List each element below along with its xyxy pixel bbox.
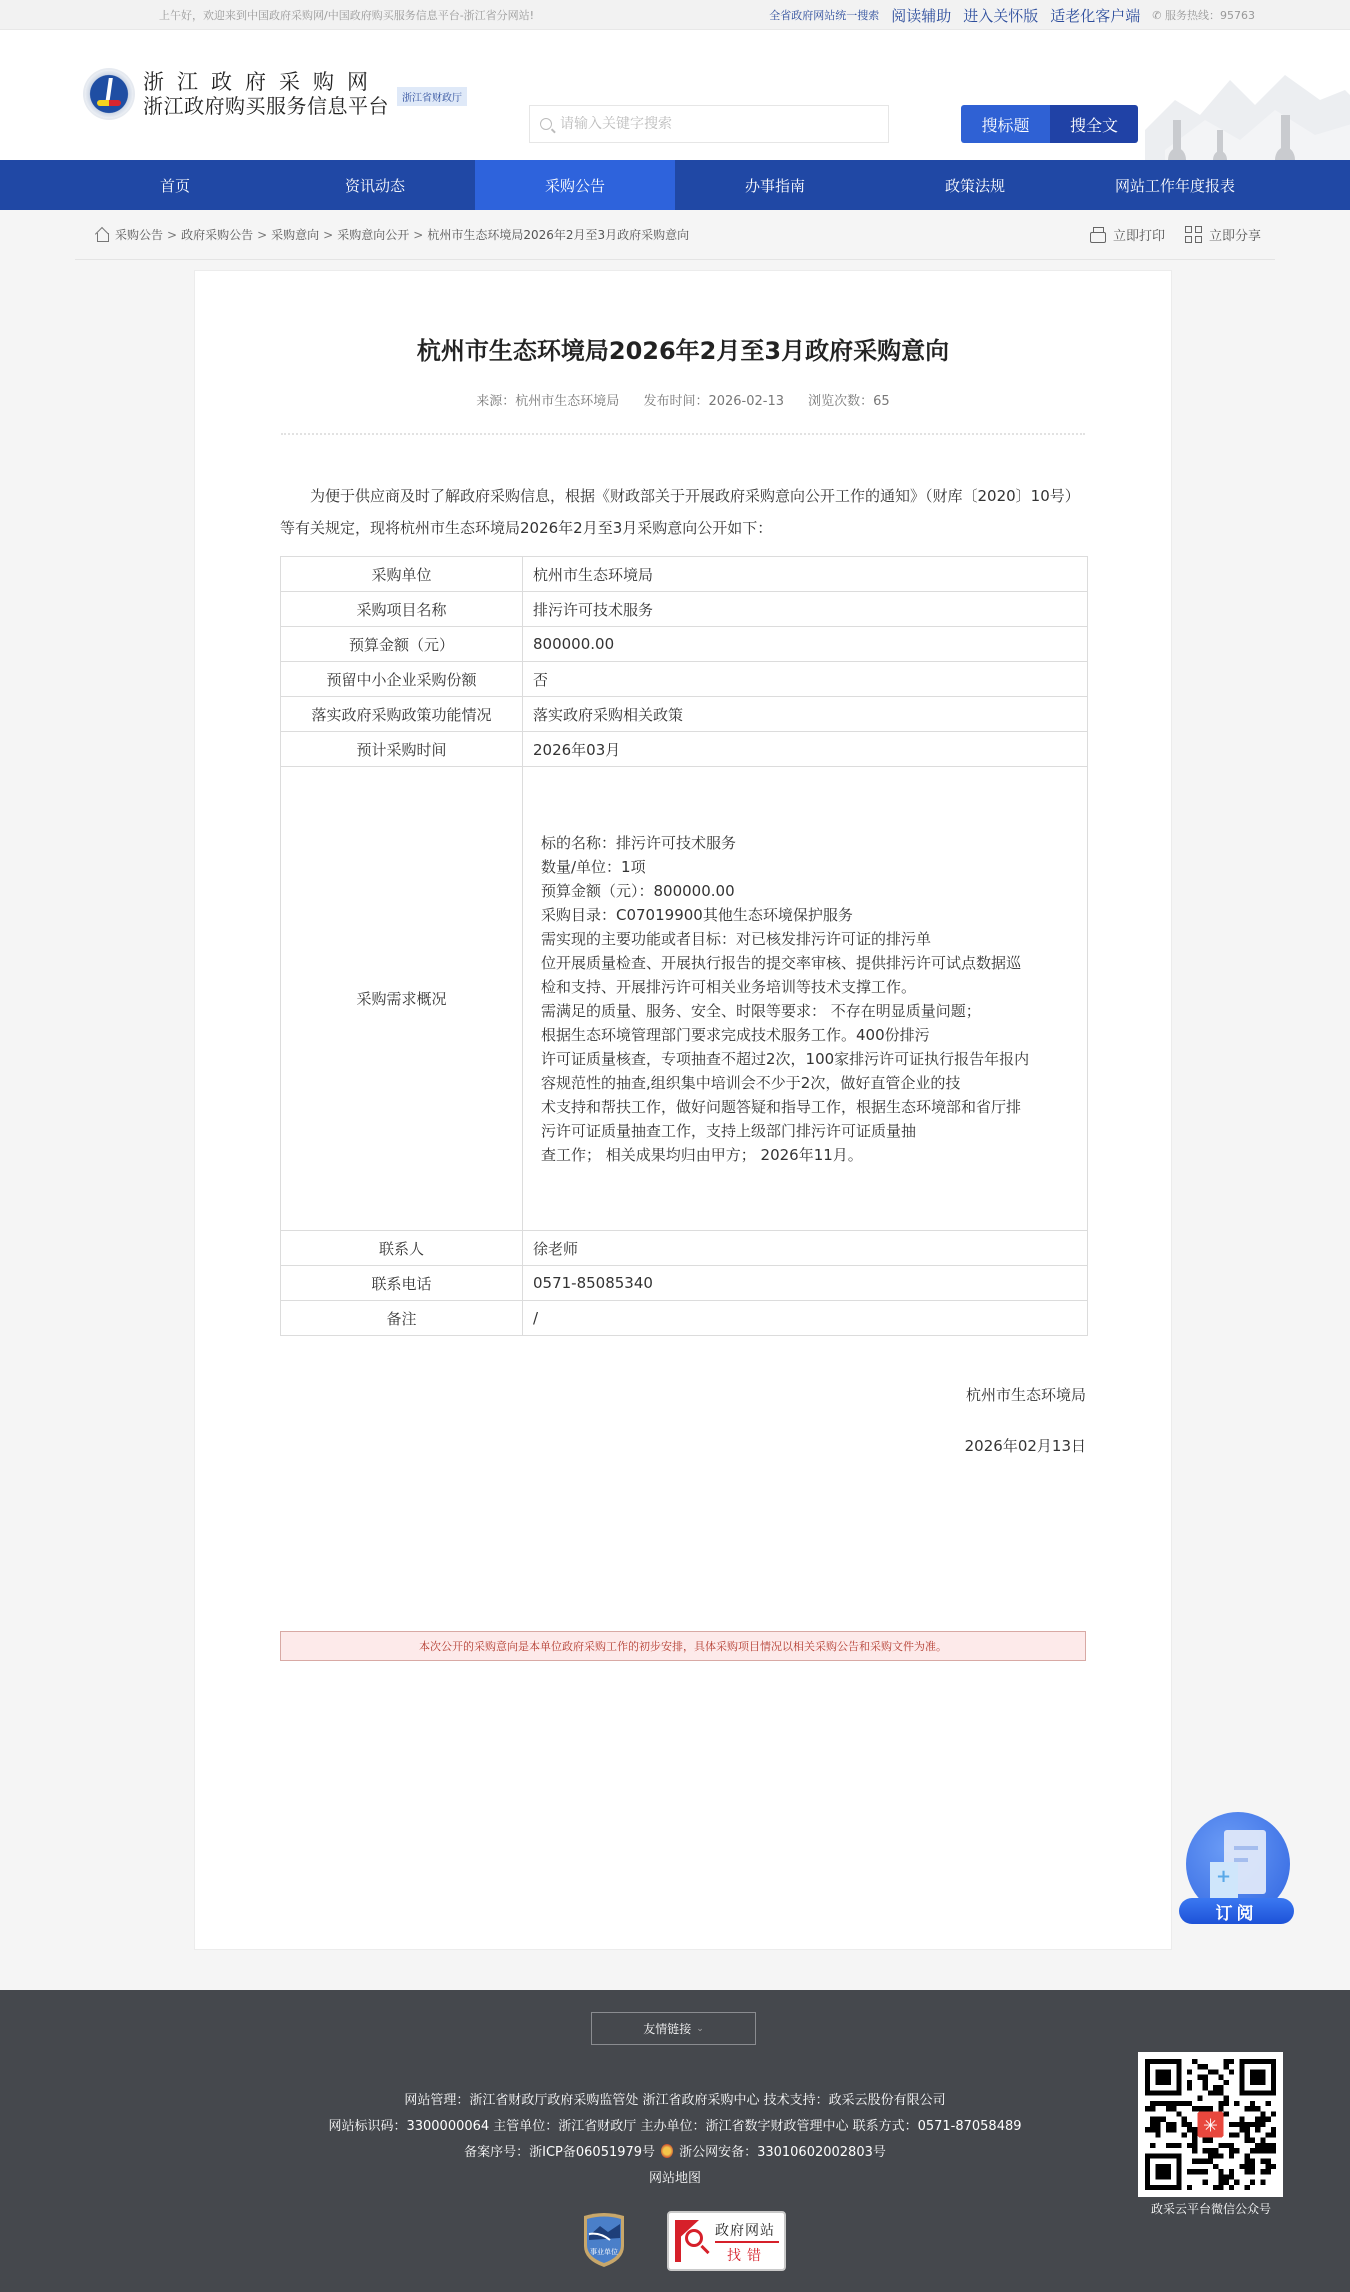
print-button[interactable]: 立即打印 — [1089, 225, 1165, 244]
site-name: 浙江政府采购网 — [143, 70, 389, 94]
svg-text:✳: ✳ — [1203, 2115, 1218, 2136]
disclaimer-notice: 本次公开的采购意向是本单位政府采购工作的初步安排，具体采购项目情况以相关采购公告… — [280, 1631, 1086, 1661]
procurement-table: 采购单位杭州市生态环境局采购项目名称排污许可技术服务预算金额（元）800000.… — [280, 556, 1088, 1336]
field-label: 预算金额（元） — [281, 627, 523, 662]
field-label: 预计采购时间 — [281, 732, 523, 767]
plus-icon: + — [1216, 1866, 1231, 1887]
main-nav: 首页 资讯动态 采购公告 办事指南 政策法规 网站工作年度报表 — [0, 160, 1350, 210]
police-record-link[interactable]: 浙公网安备：33010602002803号 — [679, 2145, 886, 2160]
divider — [281, 433, 1085, 435]
field-label: 落实政府采购政策功能情况 — [281, 697, 523, 732]
search-icon — [540, 118, 552, 130]
nav-news[interactable]: 资讯动态 — [275, 160, 475, 210]
article-publish-date: 发布时间：2026-02-13 — [643, 394, 784, 409]
site-footer: 友情链接⌄ 网站管理：浙江省财政厅政府采购监管处 浙江省政府采购中心 技术支持：… — [0, 1990, 1350, 2292]
site-subname: 浙江政府购买服务信息平台 — [143, 94, 389, 118]
site-header: 浙江政府采购网 浙江政府购买服务信息平台 浙江省财政厅 搜标题 搜全文 — [0, 30, 1350, 160]
reading-assist-link[interactable]: 阅读辅助 — [891, 5, 951, 26]
field-value: 排污许可技术服务 — [523, 592, 1088, 627]
search-title-button[interactable]: 搜标题 — [961, 105, 1050, 143]
field-label: 联系电话 — [281, 1266, 523, 1301]
nav-home[interactable]: 首页 — [75, 160, 275, 210]
field-label: 备注 — [281, 1301, 523, 1336]
unified-search-link[interactable]: 全省政府网站统一搜索 — [769, 7, 879, 23]
field-value: 徐老师 — [523, 1231, 1088, 1266]
police-badge-icon — [661, 2144, 673, 2158]
magnifier-icon — [685, 2229, 703, 2247]
field-label: 采购需求概况 — [281, 767, 523, 1231]
top-bar: 上午好，欢迎来到中国政府采购网/中国政府购买服务信息平台-浙江省分网站! 全省政… — [0, 0, 1350, 30]
field-value: 标的名称：排污许可技术服务数量/单位：1项预算金额（元）：800000.00采购… — [523, 767, 1088, 1231]
breadcrumb-item[interactable]: 采购意向公开 — [337, 226, 409, 243]
dept-badge: 浙江省财政厅 — [397, 87, 467, 106]
elderly-client-link[interactable]: 适老化客户端 — [1050, 5, 1140, 26]
top-links: 全省政府网站统一搜索 阅读辅助 进入关怀版 适老化客户端 ✆ 服务热线：9576… — [769, 5, 1255, 26]
chevron-down-icon: ⌄ — [696, 2024, 704, 2034]
emblem-icon — [85, 70, 133, 118]
field-value: 落实政府采购相关政策 — [523, 697, 1088, 732]
svg-text:事业单位: 事业单位 — [590, 2247, 618, 2256]
breadcrumb-current: 杭州市生态环境局2026年2月至3月政府采购意向 — [427, 226, 689, 243]
nav-annual-report[interactable]: 网站工作年度报表 — [1075, 160, 1275, 210]
table-row: 预算金额（元）800000.00 — [281, 627, 1088, 662]
institution-badge[interactable]: 事业单位 — [580, 2210, 628, 2268]
breadcrumb-item[interactable]: 采购公告 — [115, 226, 163, 243]
article-source: 来源：杭州市生态环境局 — [476, 394, 619, 409]
phone-icon: ✆ — [1152, 9, 1165, 22]
table-row: 预计采购时间2026年03月 — [281, 732, 1088, 767]
table-row: 备注/ — [281, 1301, 1088, 1336]
table-row: 联系人徐老师 — [281, 1231, 1088, 1266]
qrcode-caption: 政采云平台微信公众号 — [1128, 2200, 1294, 2217]
sitemap-link[interactable]: 网站地图 — [649, 2171, 701, 2186]
qrcode-icon — [1185, 226, 1203, 244]
table-row: 采购单位杭州市生态环境局 — [281, 557, 1088, 592]
breadcrumb-item[interactable]: 采购意向 — [271, 226, 319, 243]
signature-org: 杭州市生态环境局 — [195, 1384, 1086, 1405]
field-value: 0571-85085340 — [523, 1266, 1088, 1301]
field-label: 联系人 — [281, 1231, 523, 1266]
breadcrumb-bar: 采购公告> 政府采购公告> 采购意向> 采购意向公开> 杭州市生态环境局2026… — [75, 210, 1275, 260]
article-view-count: 浏览次数：65 — [808, 394, 890, 409]
care-version-link[interactable]: 进入关怀版 — [963, 5, 1038, 26]
welcome-text: 上午好，欢迎来到中国政府采购网/中国政府购买服务信息平台-浙江省分网站! — [159, 7, 534, 23]
printer-icon — [1089, 226, 1107, 244]
nav-guide[interactable]: 办事指南 — [675, 160, 875, 210]
breadcrumb-item[interactable]: 政府采购公告 — [181, 226, 253, 243]
requirements-text: 标的名称：排污许可技术服务数量/单位：1项预算金额（元）：800000.00采购… — [541, 831, 1067, 1167]
field-value: 否 — [523, 662, 1088, 697]
friend-links-dropdown[interactable]: 友情链接⌄ — [591, 2012, 756, 2045]
table-row: 联系电话0571-85085340 — [281, 1266, 1088, 1301]
table-row: 采购项目名称排污许可技术服务 — [281, 592, 1088, 627]
field-value: 800000.00 — [523, 627, 1088, 662]
wechat-qrcode: ✳ — [1138, 2052, 1283, 2197]
subscribe-button[interactable]: + 订阅 — [1178, 1808, 1296, 1926]
signature-date: 2026年02月13日 — [195, 1435, 1086, 1456]
table-row: 采购需求概况标的名称：排污许可技术服务数量/单位：1项预算金额（元）：80000… — [281, 767, 1088, 1231]
nav-policy[interactable]: 政策法规 — [875, 160, 1075, 210]
subscribe-label: 订阅 — [1179, 1898, 1294, 1924]
search-box — [529, 105, 889, 143]
site-logo[interactable]: 浙江政府采购网 浙江政府购买服务信息平台 浙江省财政厅 — [85, 70, 467, 118]
table-row: 落实政府采购政策功能情况落实政府采购相关政策 — [281, 697, 1088, 732]
field-value: / — [523, 1301, 1088, 1336]
home-icon[interactable] — [95, 228, 109, 241]
field-label: 采购单位 — [281, 557, 523, 592]
field-label: 预留中小企业采购份额 — [281, 662, 523, 697]
qrcode-image: ✳ — [1145, 2059, 1276, 2190]
nav-procurement-notice[interactable]: 采购公告 — [475, 160, 675, 210]
share-button[interactable]: 立即分享 — [1185, 225, 1261, 244]
article-meta: 来源：杭州市生态环境局 发布时间：2026-02-13 浏览次数：65 — [195, 390, 1171, 409]
breadcrumb: 采购公告> 政府采购公告> 采购意向> 采购意向公开> 杭州市生态环境局2026… — [95, 226, 689, 243]
search-fulltext-button[interactable]: 搜全文 — [1050, 105, 1138, 143]
article-title: 杭州市生态环境局2026年2月至3月政府采购意向 — [195, 331, 1171, 366]
landscape-decoration — [1145, 60, 1350, 160]
table-row: 预留中小企业采购份额否 — [281, 662, 1088, 697]
hotline: ✆ 服务热线：95763 — [1152, 7, 1255, 23]
gov-site-error-badge[interactable]: 政府网站 找错 — [667, 2211, 786, 2271]
field-value: 2026年03月 — [523, 732, 1088, 767]
icp-link[interactable]: 备案序号：浙ICP备06051979号 — [464, 2145, 655, 2160]
field-label: 采购项目名称 — [281, 592, 523, 627]
search-input[interactable] — [560, 116, 860, 132]
article-intro: 为便于供应商及时了解政府采购信息，根据《财政部关于开展政府采购意向公开工作的通知… — [280, 480, 1086, 544]
field-value: 杭州市生态环境局 — [523, 557, 1088, 592]
article-card: 杭州市生态环境局2026年2月至3月政府采购意向 来源：杭州市生态环境局 发布时… — [194, 270, 1172, 1950]
